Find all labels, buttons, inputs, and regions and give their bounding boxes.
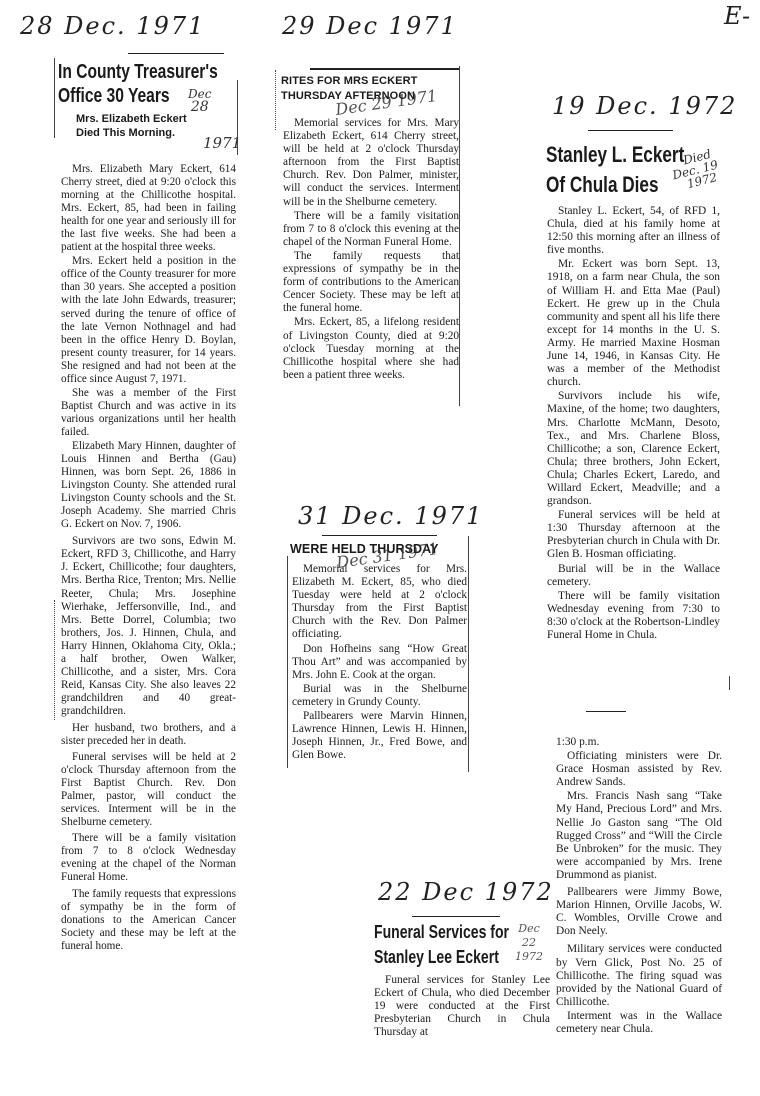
subheadline-line: Mrs. Elizabeth Eckert bbox=[76, 112, 236, 126]
margin-note-line: Dec bbox=[515, 922, 543, 936]
clip2-right-edge bbox=[459, 66, 460, 406]
paragraph: There will be a family visitation from 7… bbox=[283, 210, 459, 249]
article-body-2: Memorial services for Mrs. Mary Elizabet… bbox=[283, 117, 459, 382]
paragraph: Memorial services for Mrs. Elizabeth M. … bbox=[292, 563, 467, 642]
paragraph: Funeral services for Stanley Lee Eckert … bbox=[374, 974, 550, 1039]
margin-note-1-year: 1971 bbox=[203, 134, 241, 152]
article-body-1: Mrs. Elizabeth Mary Eckert, 614 Cherry s… bbox=[61, 163, 236, 953]
paragraph: Funeral services will be held at 1:30 Th… bbox=[547, 509, 720, 561]
paragraph: The family requests that expressions of … bbox=[61, 888, 236, 953]
margin-note-1: Dec 28 bbox=[188, 88, 211, 114]
paragraph: Mr. Eckert was born Sept. 13, 1918, on a… bbox=[547, 258, 720, 389]
margin-note-line: 1972 bbox=[515, 950, 543, 964]
paragraph: Survivors include his wife, Maxine, of t… bbox=[547, 390, 720, 508]
article-body-4: Stanley L. Eckert, 54, of RFD 1, Chula, … bbox=[547, 205, 720, 642]
margin-note-5: Dec 22 1972 bbox=[515, 922, 543, 964]
paragraph: Burial was in the Shelburne cemetery in … bbox=[292, 683, 467, 709]
paragraph: Mrs. Eckert held a position in the offic… bbox=[61, 255, 236, 385]
rule-top-1 bbox=[128, 53, 224, 54]
headline-line: Office 30 Years bbox=[58, 84, 197, 108]
rule-top-5 bbox=[412, 916, 500, 917]
paragraph: Officiating ministers were Dr. Grace Hos… bbox=[556, 750, 722, 789]
clip1-fold-mark bbox=[54, 600, 55, 720]
paragraph: Memorial services for Mrs. Mary Elizabet… bbox=[283, 117, 459, 209]
rule-top-3 bbox=[322, 535, 437, 536]
paragraph: Her husband, two brothers, and a sister … bbox=[61, 722, 236, 748]
clip1-left-edge bbox=[54, 58, 55, 138]
handwritten-date-5: 22 Dec 1972 bbox=[378, 878, 554, 906]
paragraph: 1:30 p.m. bbox=[556, 736, 722, 749]
paragraph: Mrs. Francis Nash sang “Take My Hand, Pr… bbox=[556, 790, 722, 882]
paragraph: Burial will be in the Wallace cemetery. bbox=[547, 563, 720, 589]
paragraph: She was a member of the First Baptist Ch… bbox=[61, 387, 236, 439]
clip2-left-edge bbox=[275, 70, 276, 130]
handwritten-date-1: 28 Dec. 1971 bbox=[20, 12, 205, 40]
page-marker: E- bbox=[724, 2, 750, 30]
clip4-right-mark bbox=[729, 676, 730, 690]
headline-line: Funeral Services for bbox=[374, 920, 514, 945]
handwritten-date-2: 29 Dec 1971 bbox=[282, 12, 458, 40]
paragraph: There will be family visitation Wednesda… bbox=[547, 590, 720, 642]
paragraph: Elizabeth Mary Hinnen, daughter of Louis… bbox=[61, 440, 236, 531]
rule-top-4 bbox=[588, 130, 673, 131]
paragraph: Pallbearers were Marvin Hinnen, Lawrence… bbox=[292, 710, 467, 762]
paragraph: Mrs. Eckert, 85, a lifelong resident of … bbox=[283, 316, 459, 381]
article-body-5-continued: 1:30 p.m. Officiating ministers were Dr.… bbox=[556, 736, 722, 1036]
paragraph: Military services were conducted by Vern… bbox=[556, 943, 722, 1008]
rule-end-4 bbox=[586, 711, 626, 712]
paragraph: Pallbearers were Jimmy Bowe, Marion Hinn… bbox=[556, 886, 722, 938]
paragraph: Don Hofheins sang “How Great Thou Art” a… bbox=[292, 643, 467, 682]
handwritten-date-3: 31 Dec. 1971 bbox=[298, 502, 483, 530]
clip3-left-edge bbox=[287, 556, 288, 768]
paragraph: The family requests that expressions of … bbox=[283, 250, 459, 315]
paragraph: Stanley L. Eckert, 54, of RFD 1, Chula, … bbox=[547, 205, 720, 257]
headline-line: Stanley Lee Eckert bbox=[374, 945, 514, 970]
headline-line: In County Treasurer's bbox=[58, 60, 197, 84]
margin-note-line: 28 bbox=[188, 101, 211, 114]
paragraph: Mrs. Elizabeth Mary Eckert, 614 Cherry s… bbox=[61, 163, 236, 254]
rule-top-2 bbox=[310, 68, 460, 70]
paragraph: Funeral servises will be held at 2 o'clo… bbox=[61, 751, 236, 829]
article-body-5: Funeral services for Stanley Lee Eckert … bbox=[374, 974, 550, 1039]
article-body-3: Memorial services for Mrs. Elizabeth M. … bbox=[292, 563, 467, 762]
paragraph: Interment was in the Wallace cemetery ne… bbox=[556, 1010, 722, 1036]
paragraph: There will be a family visitation from 7… bbox=[61, 832, 236, 884]
clip3-right-edge bbox=[468, 536, 469, 772]
margin-note-line: 22 bbox=[515, 936, 543, 950]
handwritten-date-4: 19 Dec. 1972 bbox=[552, 92, 737, 120]
paragraph: Survivors are two sons, Edwin M. Eckert,… bbox=[61, 535, 236, 718]
